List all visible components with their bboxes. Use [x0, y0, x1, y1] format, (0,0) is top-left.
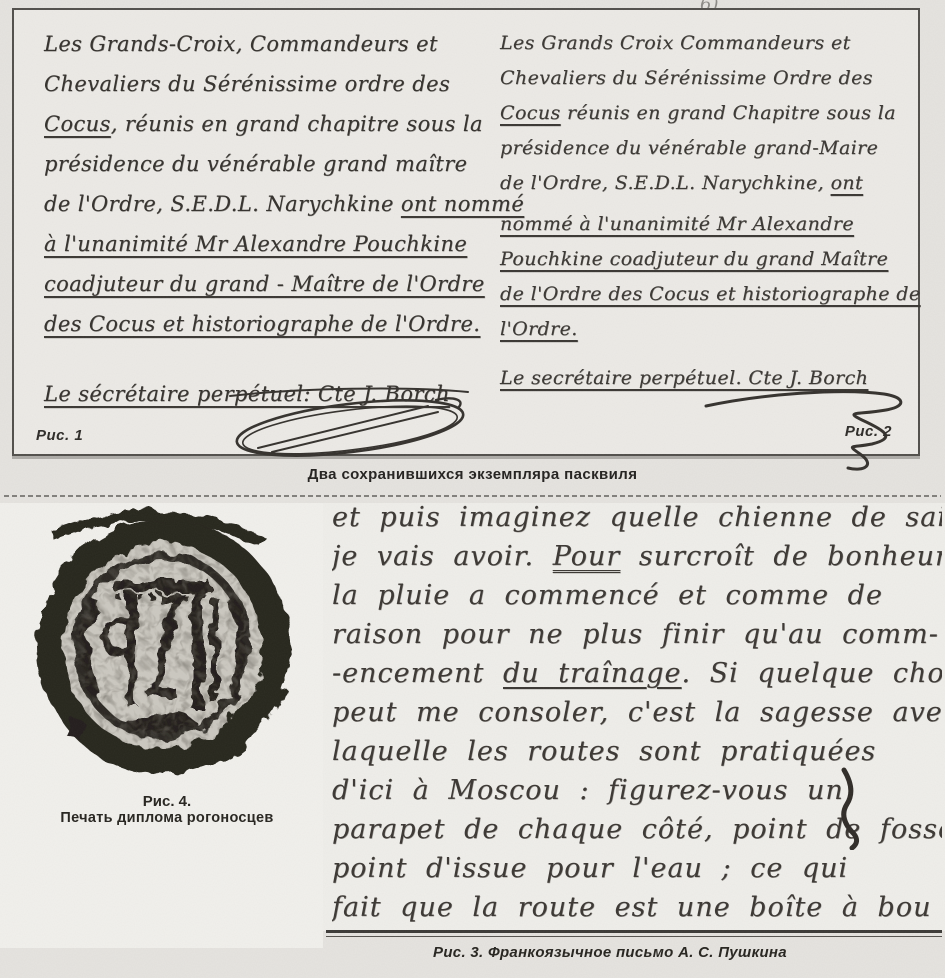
handwriting-line: la pluie a commencé et comme de [332, 576, 942, 615]
handwriting-text: point d'issue pour l'eau ; ce qui [332, 853, 848, 884]
underlined-handwriting: de l'Ordre des Cocus et historiographe d… [500, 283, 921, 305]
underlined-handwriting: Cocus [500, 102, 561, 124]
handwriting-line: point d'issue pour l'eau ; ce qui [332, 849, 942, 888]
handwriting-text: Les Grands-Croix, Commandeurs et [44, 32, 438, 56]
wax-seal-image [12, 505, 312, 787]
handwriting-line: coadjuteur du grand - Maître de l'Ordre [44, 264, 490, 304]
underlined-handwriting: à l'unanimité Mr Alexandre Pouchkine [44, 232, 467, 256]
handwriting-line: l'Ordre. [500, 312, 908, 347]
underlined-handwriting: des Cocus et historiographe de l'Ordre. [44, 312, 480, 336]
handwriting-line: présidence du vénérable grand maître [44, 144, 490, 184]
handwriting-line: et puis imaginez quelle chienne de saiso… [332, 498, 942, 537]
handwriting-line: de l'Ordre, S.E.D.L. Narychkine ont nomm… [44, 184, 490, 224]
handwriting-line: Cocus réunis en grand Chapitre sous la [500, 96, 908, 131]
handwriting-line: -encement du traînage. Si quelque chose [332, 654, 942, 693]
handwriting-text: laquelle les routes sont pratiquées [332, 736, 876, 767]
handwriting-text: peut me consoler, c'est la sagesse avec [332, 697, 942, 728]
handwriting-text: fait que la route est une boîte à bou [332, 892, 931, 923]
pushkin-letter-text: et puis imaginez quelle chienne de saiso… [332, 498, 942, 930]
dotted-divider [4, 495, 941, 497]
handwriting-text: et puis imaginez quelle chienne de saiso… [332, 502, 942, 533]
handwriting-text: réunis en grand Chapitre sous la [561, 102, 896, 124]
handwriting-line: Pouchkine coadjuteur du grand Maître [500, 242, 908, 277]
underlined-handwriting: Cocus [44, 112, 111, 136]
handwriting-text: présidence du vénérable grand-Maire [500, 137, 878, 159]
underlined-handwriting: nommé à l'unanimité Mr Alexandre [500, 213, 854, 235]
handwriting-text: -encement [332, 658, 503, 689]
handwriting-line: à l'unanimité Mr Alexandre Pouchkine [44, 224, 490, 264]
handwriting-text: je vais avoir. [332, 541, 553, 572]
underlined-handwriting: ont [831, 172, 864, 194]
handwriting-line: raison pour ne plus finir qu'au comm- [332, 615, 942, 654]
handwriting-text: la pluie a commencé et comme de [332, 580, 883, 611]
seal-caption-text: Печать диплома рогоносцев [12, 810, 322, 827]
letter-caption: Рис. 3. Франкоязычное письмо А. С. Пушки… [330, 944, 890, 961]
handwriting-line: Chevaliers du Sérénissime ordre des [44, 64, 490, 104]
ink-blot-icon [828, 766, 862, 850]
handwriting-line: nommé à l'unanimité Mr Alexandre [500, 207, 908, 242]
double-rule [326, 930, 942, 937]
top-caption: Два сохранившихся экземпляра пасквиля [0, 466, 945, 483]
figure2-label: Рис. 2 [845, 423, 892, 440]
seal-caption: Рис. 4. Печать диплома рогоносцев [12, 793, 322, 827]
handwriting-line: je vais avoir. Pour surcroît de bonheur [332, 537, 942, 576]
handwriting-text: de l'Ordre, S.E.D.L. Narychkine [44, 192, 401, 216]
seal-figure: Рис. 4. Печать диплома рогоносцев [12, 505, 322, 827]
handwriting-line: Cocus, réunis en grand chapitre sous la [44, 104, 490, 144]
handwriting-text: . Si quelque chose [682, 658, 943, 689]
pasquinade-panel: Les Grands-Croix, Commandeurs etChevalie… [12, 8, 920, 456]
underlined-handwriting: du traînage [503, 658, 682, 689]
underlined-handwriting: Pour [553, 541, 621, 572]
handwriting-line: de l'Ordre des Cocus et historiographe d… [500, 277, 908, 312]
handwriting-text: Chevaliers du Sérénissime Ordre des [500, 67, 873, 89]
handwriting-line: Les Grands-Croix, Commandeurs et [44, 24, 490, 64]
underlined-handwriting: Pouchkine coadjuteur du grand Maître [500, 248, 888, 270]
handwriting-line: fait que la route est une boîte à bou [332, 888, 942, 927]
handwriting-text: Chevaliers du Sérénissime ordre des [44, 72, 450, 96]
figure4-label: Рис. 4. [12, 793, 322, 810]
handwriting-text: de l'Ordre, S.E.D.L. Narychkine, [500, 172, 831, 194]
handwriting-line: de l'Ordre, S.E.D.L. Narychkine, ont [500, 166, 908, 201]
underlined-handwriting: l'Ordre. [500, 318, 578, 340]
handwriting-text: raison pour ne plus finir qu'au comm- [332, 619, 939, 650]
handwriting-line: présidence du vénérable grand-Maire [500, 131, 908, 166]
scanned-book-page: 6) Les Grands-Croix, Commandeurs etCheva… [0, 0, 945, 978]
handwriting-text: d'ici à Moscou : figurez-vous un [332, 775, 844, 806]
pasquinade-copy-1: Les Grands-Croix, Commandeurs etChevalie… [44, 24, 490, 414]
handwriting-text: , réunis en grand chapitre sous la [111, 112, 483, 136]
handwriting-line: peut me consoler, c'est la sagesse avec [332, 693, 942, 732]
figure1-label: Рис. 1 [36, 427, 83, 444]
handwriting-text: présidence du vénérable grand maître [44, 152, 467, 176]
underlined-handwriting: coadjuteur du grand - Maître de l'Ordre [44, 272, 485, 296]
signature-flourish-icon [228, 384, 472, 460]
handwriting-text: Les Grands Croix Commandeurs et [500, 32, 851, 54]
handwriting-line: Chevaliers du Sérénissime Ordre des [500, 61, 908, 96]
handwriting-line: des Cocus et historiographe de l'Ordre. [44, 304, 490, 344]
pasquinade-copy-2: Les Grands Croix Commandeurs etChevalier… [500, 26, 908, 396]
handwriting-line: Les Grands Croix Commandeurs et [500, 26, 908, 61]
handwriting-text: surcroît de bonheur [620, 541, 942, 572]
